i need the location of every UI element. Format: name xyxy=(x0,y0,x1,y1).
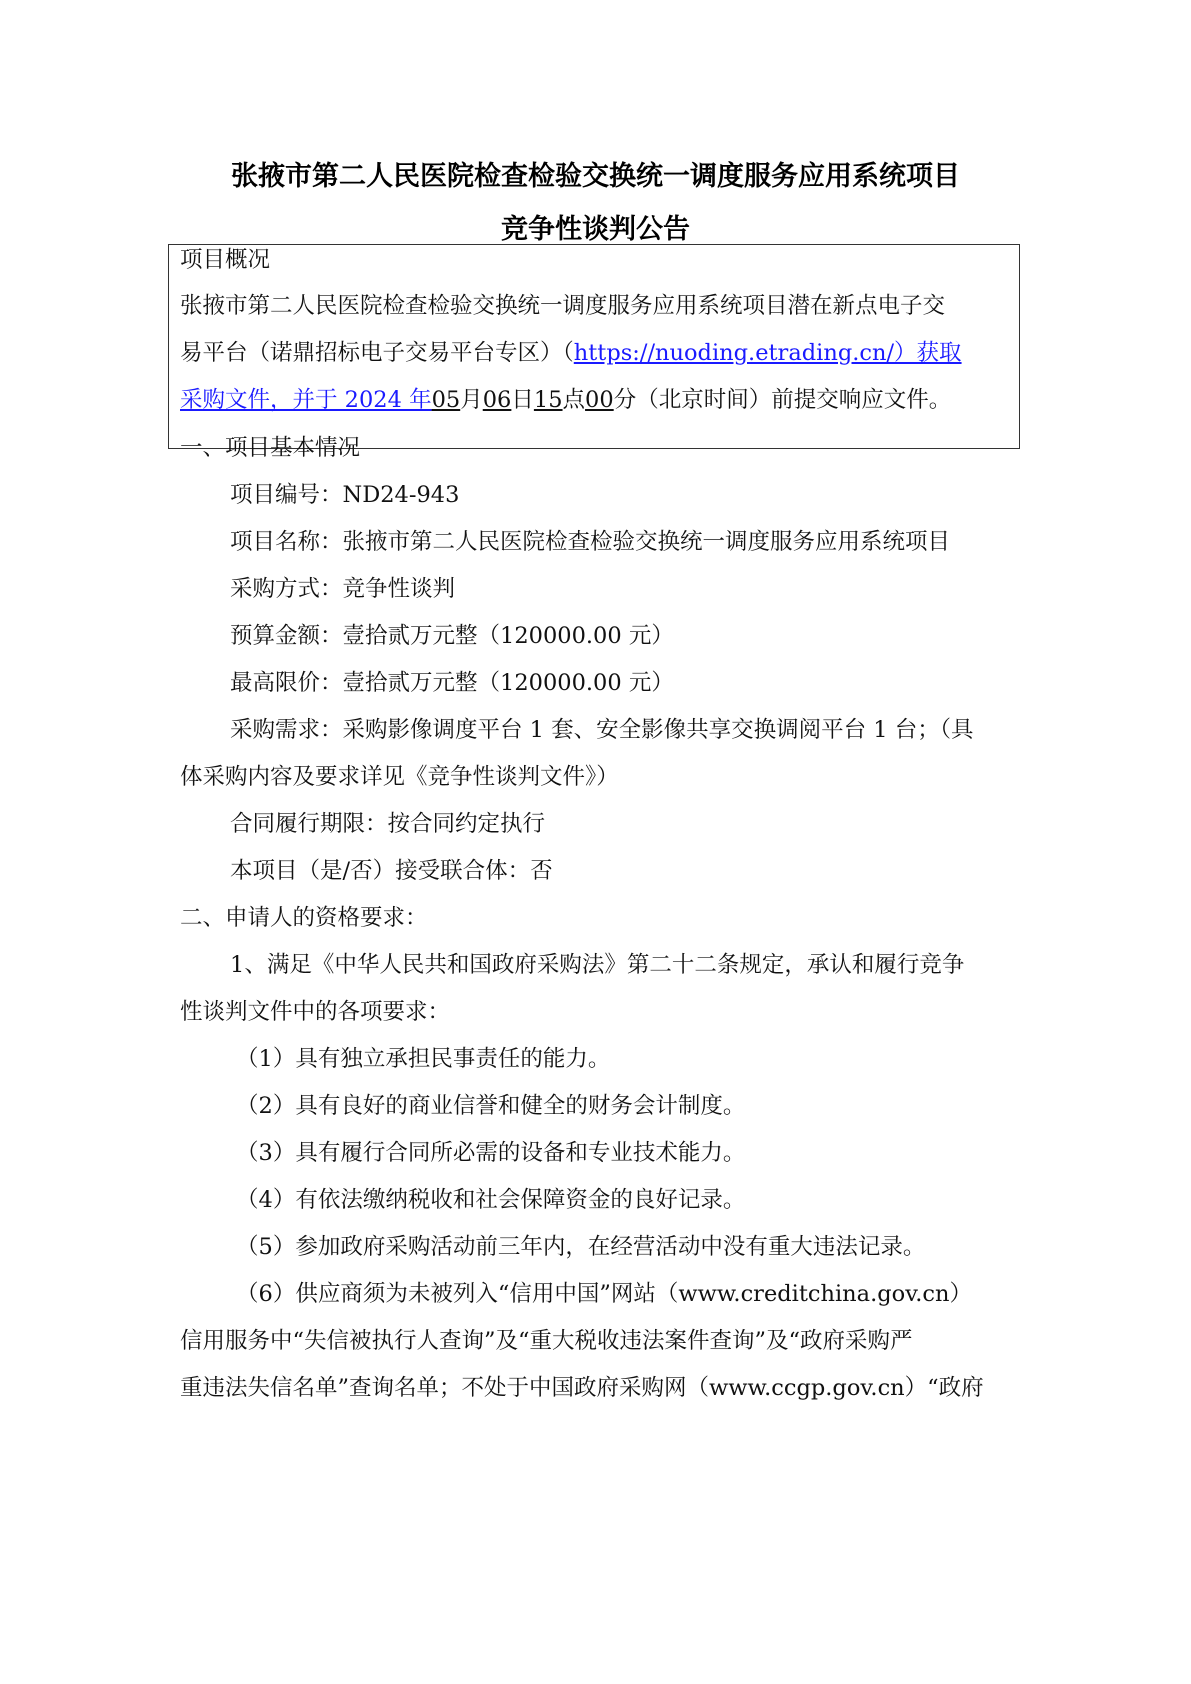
qualification-sub-item: （5）参加政府采购活动前三年内，在经营活动中没有重大违法记录。 xyxy=(236,1232,925,1262)
qualification-sub-item: （3）具有履行合同所必需的设备和专业技术能力。 xyxy=(236,1138,745,1168)
overview-line-1: 张掖市第二人民医院检查检验交换统一调度服务应用系统项目潜在新点电子交 xyxy=(180,291,945,321)
requirement-line-2: 体采购内容及要求详见《竞争性谈判文件》） xyxy=(180,762,619,792)
deadline-hour: 15 xyxy=(534,387,563,413)
project-number: 项目编号：ND24-943 xyxy=(230,480,459,510)
download-docs-link[interactable]: 采购文件，并于 2024 年 xyxy=(180,387,432,413)
overview-line-2-prefix: 易平台（诺鼎招标电子交易平台专区）（ xyxy=(180,340,574,366)
procurement-method: 采购方式：竞争性谈判 xyxy=(230,574,455,604)
contract-period: 合同履行期限：按合同约定执行 xyxy=(230,809,545,839)
deadline-day: 06 xyxy=(483,387,512,413)
document-page: 张掖市第二人民医院检查检验交换统一调度服务应用系统项目 竞争性谈判公告 项目概况… xyxy=(0,0,1191,1684)
qualification-sub-item: （1）具有独立承担民事责任的能力。 xyxy=(236,1044,610,1074)
project-name: 项目名称：张掖市第二人民医院检查检验交换统一调度服务应用系统项目 xyxy=(230,527,950,557)
section2-heading: 二、申请人的资格要求： xyxy=(180,903,428,933)
consortium-acceptance: 本项目（是/否）接受联合体：否 xyxy=(230,856,553,886)
day-label: 日 xyxy=(511,387,534,413)
qualification-item6-line1: （6）供应商须为未被列入“信用中国”网站（www.creditchina.gov… xyxy=(236,1279,972,1309)
platform-link[interactable]: https://nuoding.etrading.cn/）获取 xyxy=(574,340,962,366)
max-price: 最高限价：壹拾贰万元整（120000.00 元） xyxy=(230,668,674,698)
requirement-line-1: 采购需求：采购影像调度平台 1 套、安全影像共享交换调阅平台 1 台；（具 xyxy=(230,715,974,745)
section1-heading: 一、项目基本情况 xyxy=(180,433,360,463)
minute-label: 分（北京时间）前提交响应文件。 xyxy=(614,387,952,413)
qualification-item6-line2: 信用服务中“失信被执行人查询”及“重大税收违法案件查询”及“政府采购严 xyxy=(180,1326,913,1356)
document-title-line2: 竞争性谈判公告 xyxy=(0,207,1191,246)
qualification-item1-line1: 1、满足《中华人民共和国政府采购法》第二十二条规定，承认和履行竞争 xyxy=(230,950,964,980)
overview-line-2: 易平台（诺鼎招标电子交易平台专区）（https://nuoding.etradi… xyxy=(180,338,962,368)
month-label: 月 xyxy=(460,387,483,413)
deadline-minute: 00 xyxy=(585,387,614,413)
qualification-item6-line3: 重违法失信名单”查询名单；不处于中国政府采购网（www.ccgp.gov.cn）… xyxy=(180,1373,984,1403)
deadline-month: 05 xyxy=(432,387,461,413)
document-title-line1: 张掖市第二人民医院检查检验交换统一调度服务应用系统项目 xyxy=(0,154,1191,193)
overview-line-3: 采购文件，并于 2024 年05月06日15点00分（北京时间）前提交响应文件。 xyxy=(180,385,951,415)
budget-amount: 预算金额：壹拾贰万元整（120000.00 元） xyxy=(230,621,674,651)
qualification-item1-line2: 性谈判文件中的各项要求： xyxy=(180,997,450,1027)
overview-heading: 项目概况 xyxy=(180,245,270,275)
qualification-sub-item: （4）有依法缴纳税收和社会保障资金的良好记录。 xyxy=(236,1185,745,1215)
hour-label: 点 xyxy=(563,387,586,413)
qualification-sub-item: （2）具有良好的商业信誉和健全的财务会计制度。 xyxy=(236,1091,745,1121)
